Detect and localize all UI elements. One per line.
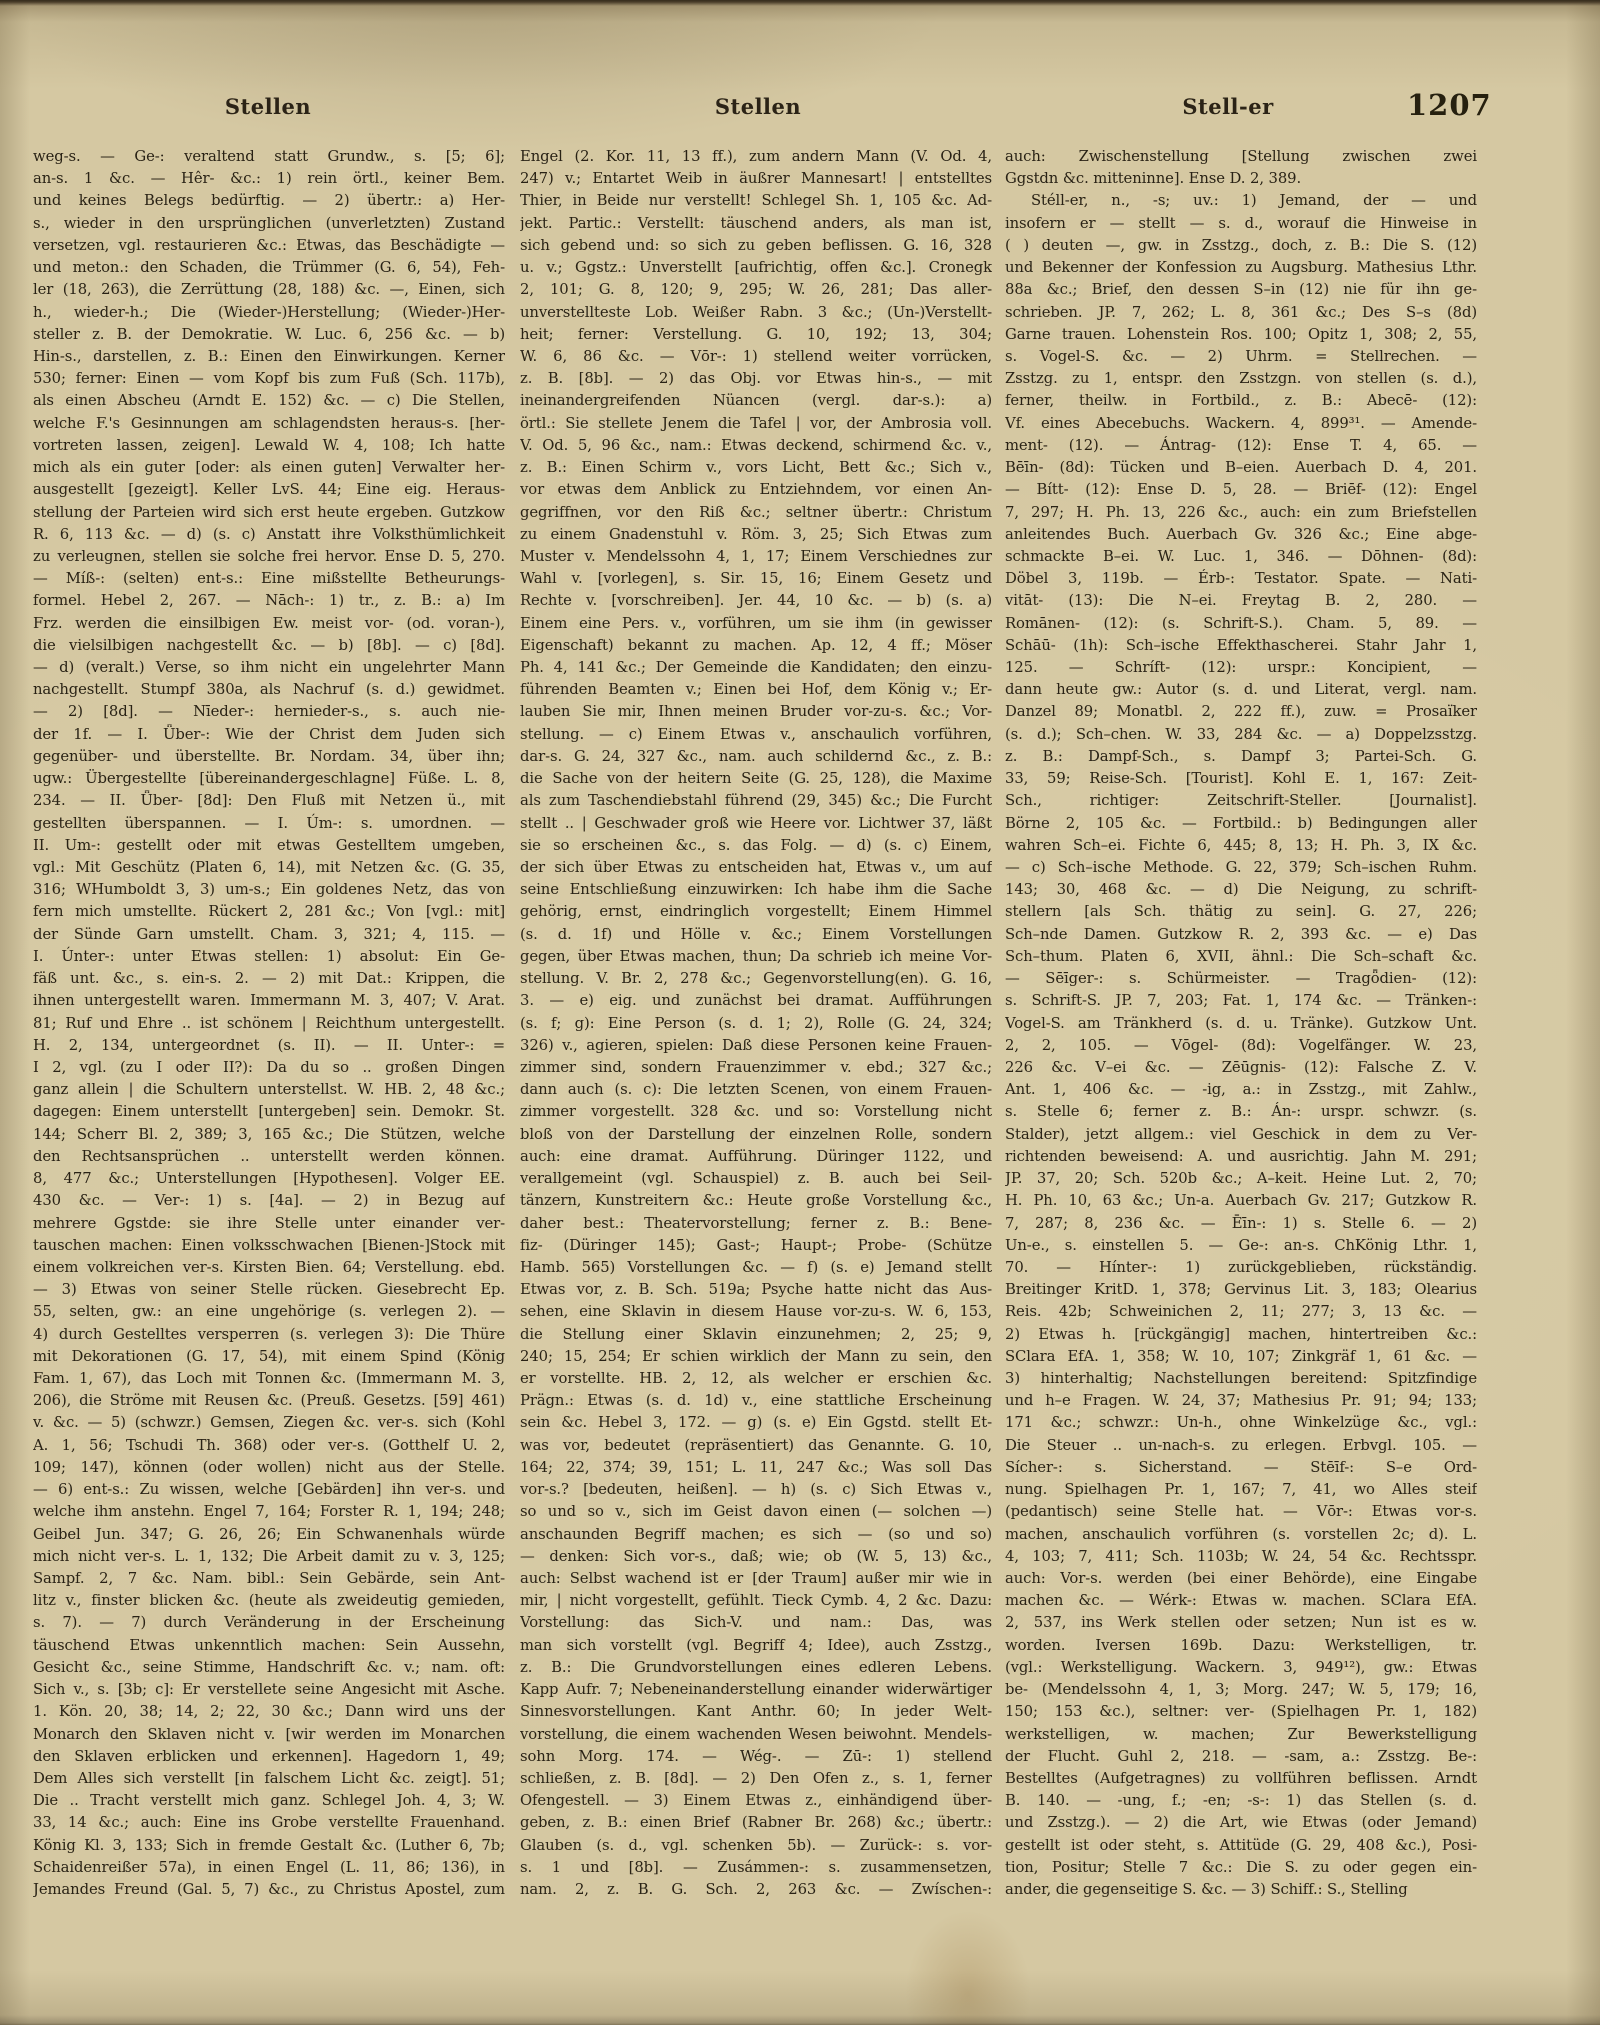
text-line: Geibel Jun. 347; G. 26, 26; Ein Schwanen… — [33, 1524, 505, 1546]
text-line: s. 7). — 7) durch Veränderung in der Ers… — [33, 1612, 505, 1634]
text-line: Un-e., s. einstellen 5. — Ge-: an-s. ChK… — [1005, 1235, 1477, 1257]
text-line: z. B.: Einen Schirm v., vors Licht, Bett… — [520, 457, 992, 479]
text-line: steller z. B. der Demokratie. W. Luc. 6,… — [33, 324, 505, 346]
text-line: örtl.: Sie stellete Jenem die Tafel | vo… — [520, 413, 992, 435]
text-line: stellung der Parteien wird sich erst heu… — [33, 502, 505, 524]
text-line: Börne 2, 105 &c. — Fortbild.: b) Bedingu… — [1005, 813, 1477, 835]
text-line: und h–e Fragen. W. 24, 37; Mathesius Pr.… — [1005, 1390, 1477, 1412]
text-line: man sich vorstellt (vgl. Begriff 4; Idee… — [520, 1635, 992, 1657]
dictionary-page: Stellen Stellen Stell-er 1207 weg-s. — G… — [0, 0, 1600, 2025]
text-line: — 6) ent-s.: Zu wissen, welche [Gebärden… — [33, 1479, 505, 1501]
text-line: tauschen machen: Einen volksschwachen [B… — [33, 1235, 505, 1257]
text-line: — c) Sch–ische Methode. G. 22, 379; Sch–… — [1005, 857, 1477, 879]
text-line: welche F.'s Gesinnungen am schlagendsten… — [33, 413, 505, 435]
text-line: Jemandes Freund (Gal. 5, 7) &c., zu Chri… — [33, 1879, 505, 1901]
text-line: vor etwas dem Anblick zu Entziehndem, vo… — [520, 479, 992, 501]
text-line: Engel (2. Kor. 11, 13 ff.), zum andern M… — [520, 146, 992, 168]
text-line: ausgestellt [gezeigt]. Keller LvS. 44; E… — [33, 479, 505, 501]
text-line: Vf. eines Abecebuchs. Wackern. 4, 899³¹.… — [1005, 413, 1477, 435]
text-line: dagegen: Einem unterstellt [untergeben] … — [33, 1101, 505, 1123]
text-line: Dem Alles sich verstellt [in falschem Li… — [33, 1768, 505, 1790]
text-line: Vogel-S. am Tränkherd (s. d. u. Tränke).… — [1005, 1013, 1477, 1035]
text-line: 2, 2, 105. — Vōgel- (8d): Vogelfänger. W… — [1005, 1035, 1477, 1057]
text-line: Glauben (s. d., vgl. schenken 5b). — Zur… — [520, 1835, 992, 1857]
text-line: geben, z. B.: einen Brief (Rabner Br. 26… — [520, 1812, 992, 1834]
text-line: fern mich umstellte. Rückert 2, 281 &c.;… — [33, 901, 505, 923]
text-line: Bestelltes (Aufgetragnes) zu vollführen … — [1005, 1768, 1477, 1790]
text-line: mit Dekorationen (G. 17, 54), mit einem … — [33, 1346, 505, 1368]
text-line: sie so erscheinen &c., s. das Folg. — d)… — [520, 835, 992, 857]
text-line: verallgemeint (vgl. Schauspiel) z. B. au… — [520, 1168, 992, 1190]
text-line: gestellten überspannen. — I. Úm-: s. umo… — [33, 813, 505, 835]
text-line: ugw.: Übergestellte [übereinandergeschla… — [33, 768, 505, 790]
text-line: nam. 2, z. B. G. Sch. 2, 263 &c. — Zwísc… — [520, 1879, 992, 1901]
text-line: ineinandergreifenden Nüancen (vergl. dar… — [520, 390, 992, 412]
text-line: Sch., richtiger: Zeitschrift-Steller. [J… — [1005, 790, 1477, 812]
text-line: 55, selten, gw.: an eine ungehörige (s. … — [33, 1301, 505, 1323]
text-line: werkstelligen, w. machen; Zur Bewerkstel… — [1005, 1724, 1477, 1746]
text-line: — 2) [8d]. — Nīeder-: hernieder-s., s. a… — [33, 701, 505, 723]
text-line: 206), die Ströme mit Reusen &c. (Preuß. … — [33, 1390, 505, 1412]
text-line: B. 140. — -ung, f.; -en; -s-: 1) das Ste… — [1005, 1790, 1477, 1812]
text-line: insofern er — stellt — s. d., worauf die… — [1005, 213, 1477, 235]
text-line: weg-s. — Ge-: veraltend statt Grundw., s… — [33, 146, 505, 168]
text-line: stellt .. | Geschwader groß wie Heere vo… — [520, 813, 992, 835]
text-line: 234. — II. Ǖber- [8d]: Den Fluß mit Netz… — [33, 790, 505, 812]
text-line: Romānen- (12): (s. Schrift-S.). Cham. 5,… — [1005, 613, 1477, 635]
text-line: Reis. 42b; Schweinichen 2, 11; 277; 3, 1… — [1005, 1301, 1477, 1323]
text-line: mehrere Ggstde: sie ihre Stelle unter ei… — [33, 1213, 505, 1235]
text-line: u. v.; Ggstz.: Unverstellt [aufrichtig, … — [520, 257, 992, 279]
text-line: gestellt ist oder steht, s. Attitüde (G.… — [1005, 1835, 1477, 1857]
text-line: machen &c. — Wérk-: Etwas w. machen. SCl… — [1005, 1590, 1477, 1612]
text-line: auch: Vor-s. werden (bei einer Behörde),… — [1005, 1568, 1477, 1590]
text-line: 88a &c.; Brief, den dessen S–in (12) nie… — [1005, 279, 1477, 301]
text-line: auch: eine dramat. Aufführung. Düringer … — [520, 1146, 992, 1168]
text-line: den Sklaven erblicken und erkennen]. Hag… — [33, 1746, 505, 1768]
text-line: 150; 153 &c.), seltner: ver- (Spielhagen… — [1005, 1701, 1477, 1723]
text-line: — d) (veralt.) Verse, so ihm nicht ein u… — [33, 657, 505, 679]
text-line: gegenüber- und überstellte. Br. Nordam. … — [33, 746, 505, 768]
text-line: Vorstellung: das Sich-V. und nam.: Das, … — [520, 1612, 992, 1634]
text-line: Breitinger KritD. 1, 378; Gervinus Lit. … — [1005, 1279, 1477, 1301]
text-line: Sch–nde Damen. Gutzkow R. 2, 393 &c. — e… — [1005, 924, 1477, 946]
text-line: 240; 15, 254; Er schien wirklich der Man… — [520, 1346, 992, 1368]
text-line: Gesicht &c., seine Stimme, Handschrift &… — [33, 1657, 505, 1679]
text-line: 81; Ruf und Ehre .. ist schönem | Reicht… — [33, 1013, 505, 1035]
text-line: — denken: Sich vor-s., daß; wie; ob (W. … — [520, 1546, 992, 1568]
text-line: 164; 22, 374; 39, 151; L. 11, 247 &c.; W… — [520, 1457, 992, 1479]
text-line: Danzel 89; Monatbl. 2, 222 ff.), zuw. = … — [1005, 701, 1477, 723]
text-line: die vielsilbigen nachgestellt &c. — b) [… — [33, 635, 505, 657]
text-line: schrieben. JP. 7, 262; L. 8, 361 &c.; De… — [1005, 302, 1477, 324]
text-line: bloß von der Darstellung der einzelnen R… — [520, 1124, 992, 1146]
text-line: einem volkreichen ver-s. Kirsten Bien. 6… — [33, 1257, 505, 1279]
text-line: machen, anschaulich vorführen (s. vorste… — [1005, 1524, 1477, 1546]
text-line: Kapp Aufr. 7; Nebeneinanderstellung eina… — [520, 1679, 992, 1701]
text-line: was vor, bedeutet (repräsentiert) das Ge… — [520, 1435, 992, 1457]
text-column-2: Engel (2. Kor. 11, 13 ff.), zum andern M… — [520, 146, 992, 1901]
text-line: Die Steuer .. un-nach-s. zu erlegen. Erb… — [1005, 1435, 1477, 1457]
text-line: z. B. [8b]. — 2) das Obj. vor Etwas hin-… — [520, 368, 992, 390]
text-line: 33, 14 &c.; auch: Eine ins Grobe verstel… — [33, 1812, 505, 1834]
text-line: SClara EfA. 1, 358; W. 10, 107; Zinkgräf… — [1005, 1346, 1477, 1368]
text-line: anschaunden Begriff machen; es sich — (s… — [520, 1524, 992, 1546]
text-line: wahren Sch–ei. Fichte 6, 445; 8, 13; H. … — [1005, 835, 1477, 857]
text-line: W. 6, 86 &c. — Vōr-: 1) stellend weiter … — [520, 346, 992, 368]
text-line: nung. Spielhagen Pr. 1, 167; 7, 41, wo A… — [1005, 1479, 1477, 1501]
text-line: V. Od. 5, 96 &c., nam.: Etwas deckend, s… — [520, 435, 992, 457]
text-line: Muster v. Mendelssohn 4, 1, 17; Einem Ve… — [520, 546, 992, 568]
text-line: Rechte v. [vorschreiben]. Jer. 44, 10 &c… — [520, 590, 992, 612]
text-line: formel. Hebel 2, 267. — Nāch-: 1) tr., z… — [33, 590, 505, 612]
text-line: Einem eine Pers. v., vorführen, um sie i… — [520, 613, 992, 635]
text-column-3: auch: Zwischenstellung [Stellung zwische… — [1005, 146, 1477, 1901]
text-line: zu einem Gnadenstuhl v. Röm. 3, 25; Sich… — [520, 524, 992, 546]
text-line: stellung. — c) Einem Etwas v., anschauli… — [520, 724, 992, 746]
text-line: Sampf. 2, 7 &c. Nam. bibl.: Sein Gebärde… — [33, 1568, 505, 1590]
text-line: dann heute gw.: Autor (s. d. und Literat… — [1005, 679, 1477, 701]
text-line: (s. f; g): Eine Person (s. d. 1; 2), Rol… — [520, 1013, 992, 1035]
text-line: 3. — e) eig. und zunächst bei dramat. Au… — [520, 990, 992, 1012]
text-line: 530; ferner: Einen — vom Kopf bis zum Fu… — [33, 368, 505, 390]
text-line: z. B.: Die Grundvorstellungen eines edle… — [520, 1657, 992, 1679]
text-line: als einen Abscheu (Arndt E. 152) &c. — c… — [33, 390, 505, 412]
text-line: er vorstellte. HB. 2, 12, als welcher er… — [520, 1368, 992, 1390]
text-line: (s. d.); Sch–chen. W. 33, 284 &c. — a) D… — [1005, 724, 1477, 746]
text-line: H. 2, 134, untergeordnet (s. II). — II. … — [33, 1035, 505, 1057]
text-line: Bēīn- (8d): Tücken und B–eien. Auerbach … — [1005, 457, 1477, 479]
text-line: dann auch (s. c): Die letzten Scenen, vo… — [520, 1079, 992, 1101]
text-line: 2) Etwas h. [rückgängig] machen, hintert… — [1005, 1324, 1477, 1346]
text-line: 33, 59; Reise-Sch. [Tourist]. Kohl E. 1,… — [1005, 768, 1477, 790]
text-line: stellern [als Sch. thätig zu sein]. G. 2… — [1005, 901, 1477, 923]
text-line: daher best.: Theatervorstellung; ferner … — [520, 1213, 992, 1235]
text-line: tion, Positur; Stelle 7 &c.: Die S. zu o… — [1005, 1857, 1477, 1879]
running-head-center: Stellen — [715, 94, 801, 119]
text-line: Zsstzg. zu 1, entspr. den Zsstzgn. von s… — [1005, 368, 1477, 390]
text-line: und keines Belegs bedürftig. — 2) übertr… — [33, 190, 505, 212]
text-line: 4) durch Gestelltes versperren (s. verle… — [33, 1324, 505, 1346]
text-line: — Bítt- (12): Ense D. 5, 28. — Briēf- (1… — [1005, 479, 1477, 501]
text-line: sich gebend und: so sich zu geben beflis… — [520, 235, 992, 257]
text-line: ( ) deuten —, gw. in Zsstzg., doch, z. B… — [1005, 235, 1477, 257]
text-line: 109; 147), können (oder wollen) nicht au… — [33, 1457, 505, 1479]
text-line: Ggstdn &c. mitteninne]. Ense D. 2, 389. — [1005, 168, 1477, 190]
text-line: fiz- (Düringer 145); Gast-; Haupt-; Prob… — [520, 1235, 992, 1257]
text-line: nachgestellt. Stumpf 380a, als Nachruf (… — [33, 679, 505, 701]
text-line: sehen, eine Sklavin in diesem Hause vor-… — [520, 1301, 992, 1323]
text-line: worden. Iversen 169b. Dazu: Werkstellige… — [1005, 1635, 1477, 1657]
text-line: — 3) Etwas von seiner Stelle rücken. Gie… — [33, 1279, 505, 1301]
text-line: und meton.: den Schaden, die Trümmer (G.… — [33, 257, 505, 279]
text-line: s. 1 und [8b]. — Zusámmen-: s. zusammens… — [520, 1857, 992, 1879]
text-line: mir, | nicht vorgestellt, gefühlt. Tieck… — [520, 1590, 992, 1612]
text-line: 171 &c.; schwzr.: Un-h., ohne Winkelzüge… — [1005, 1412, 1477, 1434]
text-line: jekt. Partic.: Verstellt: täuschend ande… — [520, 213, 992, 235]
text-line: 226 &c. V–ei &c. — Zēūgnis- (12): Falsch… — [1005, 1057, 1477, 1079]
text-line: der 1f. — I. Ǖber-: Wie der Christ dem J… — [33, 724, 505, 746]
text-line: König Kl. 3, 133; Sich in fremde Gestalt… — [33, 1835, 505, 1857]
text-line: Sich v., s. [3b; c]: Er verstellete sein… — [33, 1679, 505, 1701]
text-line: welche ihm anstehn. Engel 7, 164; Forste… — [33, 1501, 505, 1523]
text-line: den Rechtsansprüchen .. unterstellt werd… — [33, 1146, 505, 1168]
text-line: zu verleugnen, stellen sie solche frei h… — [33, 546, 505, 568]
text-line: 7, 287; 8, 236 &c. — Ēīn-: 1) s. Stelle … — [1005, 1213, 1477, 1235]
text-line: Die .. Tracht verstellt mich ganz. Schle… — [33, 1790, 505, 1812]
text-line: be- (Mendelssohn 4, 1, 3; Morg. 247; W. … — [1005, 1679, 1477, 1701]
text-line: anleitendes Buch. Auerbach Gv. 326 &c.; … — [1005, 524, 1477, 546]
text-line: mich nicht ver-s. L. 1, 132; Die Arbeit … — [33, 1546, 505, 1568]
text-line: die Sache von der heitern Seite (G. 25, … — [520, 768, 992, 790]
text-line: Thier, in Beide nur verstellt! Schlegel … — [520, 190, 992, 212]
text-line: 125. — Schríft- (12): urspr.: Koncipient… — [1005, 657, 1477, 679]
text-line: lauben Sie mir, Ihnen meinen Bruder vor-… — [520, 701, 992, 723]
text-line: s. Vogel-S. &c. — 2) Uhrm. = Stellrechen… — [1005, 346, 1477, 368]
text-line: Sinnesvorstellungen. Kant Anthr. 60; In … — [520, 1701, 992, 1723]
text-line: I. Únter-: unter Etwas stellen: 1) absol… — [33, 946, 505, 968]
text-line: I 2, vgl. (zu I oder II?): Da du so .. g… — [33, 1057, 505, 1079]
text-line: ihnen untergestellt waren. Immermann M. … — [33, 990, 505, 1012]
text-line: der Sünde Garn umstellt. Cham. 3, 321; 4… — [33, 924, 505, 946]
text-line: R. 6, 113 &c. — d) (s. c) Anstatt ihre V… — [33, 524, 505, 546]
text-line: so und so v., sich im Geist davon einen … — [520, 1501, 992, 1523]
text-line: 2, 101; G. 8, 120; 9, 295; W. 26, 281; D… — [520, 279, 992, 301]
text-line: Wahl v. [vorlegen], s. Sir. 15, 16; Eine… — [520, 568, 992, 590]
text-line: auch: Selbst wachend ist er [der Traum] … — [520, 1568, 992, 1590]
text-line: H. Ph. 10, 63 &c.; Un-a. Auerbach Gv. 21… — [1005, 1190, 1477, 1212]
text-line: v. &c. — 5) (schwzr.) Gemsen, Ziegen &c.… — [33, 1412, 505, 1434]
text-line: s., wieder in den ursprünglichen (unverl… — [33, 213, 505, 235]
text-line: Schaidenreißer 57a), in einen Engel (L. … — [33, 1857, 505, 1879]
text-line: 316; WHumboldt 3, 3) um-s.; Ein goldenes… — [33, 879, 505, 901]
text-line: gehörig, ernst, eindringlich vorgestellt… — [520, 901, 992, 923]
text-line: vgl.: Mit Geschütz (Platen 6, 14), mit N… — [33, 857, 505, 879]
text-line: vortreten lassen, zeigen]. Lewald W. 4, … — [33, 435, 505, 457]
text-line: A. 1, 56; Tschudi Th. 368) oder ver-s. (… — [33, 1435, 505, 1457]
text-line: seine Entschließung einzuwirken: Ich hab… — [520, 879, 992, 901]
text-line: auch: Zwischenstellung [Stellung zwische… — [1005, 146, 1477, 168]
text-line: Monarch den Sklaven nicht v. [wir werden… — [33, 1724, 505, 1746]
text-line: 3) hinterhaltig; Nachstellungen bereiten… — [1005, 1368, 1477, 1390]
text-line: 430 &c. — Ver-: 1) s. [4a]. — 2) in Bezu… — [33, 1190, 505, 1212]
text-line: schmackte B–ei. W. Luc. 1, 346. — Dōhnen… — [1005, 546, 1477, 568]
text-line: Sícher-: s. Sicherstand. — Stēīf-: S–e O… — [1005, 1457, 1477, 1479]
text-line: Stalder), jetzt allgem.: viel Geschick i… — [1005, 1124, 1477, 1146]
text-line: 8, 477 &c.; Unterstellungen [Hypothesen]… — [33, 1168, 505, 1190]
text-line: mich als ein guter [oder: als einen gute… — [33, 457, 505, 479]
text-line: tänzern, Kunstreitern &c.: Heute große V… — [520, 1190, 992, 1212]
text-line: schließen, z. B. [8d]. — 2) Den Ofen z.,… — [520, 1768, 992, 1790]
text-line: Garne trauen. Lohenstein Ros. 100; Opitz… — [1005, 324, 1477, 346]
text-line: Hamb. 565) Vorstellungen &c. — f) (s. e)… — [520, 1257, 992, 1279]
running-head-left: Stellen — [225, 94, 311, 119]
text-line: h., wieder-h.; Die (Wieder-)Herstellung;… — [33, 302, 505, 324]
text-line: ment- (12). — Ántrag- (12): Ense T. 4, 6… — [1005, 435, 1477, 457]
text-line: unverstellteste Lob. Weißer Rabn. 3 &c.;… — [520, 302, 992, 324]
text-line: Frz. werden die einsilbigen Ew. meist vo… — [33, 613, 505, 635]
text-line: Fam. 1, 67), das Loch mit Tonnen &c. (Im… — [33, 1368, 505, 1390]
text-line: — Míß-: (selten) ent-s.: Eine mißstellte… — [33, 568, 505, 590]
text-line: 143; 30, 468 &c. — d) Die Neigung, zu sc… — [1005, 879, 1477, 901]
text-line: Schāū- (1h): Sch–ische Effekthascherei. … — [1005, 635, 1477, 657]
text-line: heit; ferner: Verstellung. G. 10, 192; 1… — [520, 324, 992, 346]
text-line: Hin-s., darstellen, z. B.: Einen den Ein… — [33, 346, 505, 368]
text-line: s. Stelle 6; ferner z. B.: Án-: urspr. s… — [1005, 1101, 1477, 1123]
text-line: II. Um-: gestellt oder mit etwas Gestell… — [33, 835, 505, 857]
text-line: litz v., finster blicken &c. (heute als … — [33, 1590, 505, 1612]
text-line: versetzen, vgl. restaurieren &c.: Etwas,… — [33, 235, 505, 257]
text-line: führenden Beamten v.; Einen bei Hof, dem… — [520, 679, 992, 701]
text-line: 326) v., agieren, spielen: Daß diese Per… — [520, 1035, 992, 1057]
text-line: fäß unt. &c., s. ein-s. 2. — 2) mit Dat.… — [33, 968, 505, 990]
text-line: Ant. 1, 406 &c. — -ig, a.: in Zsstzg., m… — [1005, 1079, 1477, 1101]
text-line: gegriffnen, vor den Riß &c.; seltner übe… — [520, 502, 992, 524]
text-line: Ph. 4, 141 &c.; Der Gemeinde die Kandida… — [520, 657, 992, 679]
text-line: (s. d. 1f) und Hölle v. &c.; Einem Vorst… — [520, 924, 992, 946]
text-line: sohn Morg. 174. — Wég-. — Zū-: 1) stelle… — [520, 1746, 992, 1768]
text-line: 7, 297; H. Ph. 13, 226 &c., auch: ein zu… — [1005, 502, 1477, 524]
text-line: — Sēīger-: s. Schürmeister. — Tragȫdien-… — [1005, 968, 1477, 990]
text-line: Prägn.: Etwas (s. d. 1d) v., eine stattl… — [520, 1390, 992, 1412]
text-line: 2, 537, ins Werk stellen oder setzen; Nu… — [1005, 1612, 1477, 1634]
text-line: 144; Scherr Bl. 2, 389; 3, 165 &c.; Die … — [33, 1124, 505, 1146]
text-line: JP. 37, 20; Sch. 520b &c.; A–keit. Heine… — [1005, 1168, 1477, 1190]
text-line: als zum Taschendiebstahl führend (29, 34… — [520, 790, 992, 812]
text-line: der sich über Etwas zu entscheiden hat, … — [520, 857, 992, 879]
text-line: ler (18, 263), die Zerrüttung (28, 188) … — [33, 279, 505, 301]
text-line: Sch–thum. Platen 6, XVII, ähnl.: Die Sch… — [1005, 946, 1477, 968]
text-line: ganz allein | die Schultern unterstellst… — [33, 1079, 505, 1101]
text-line: zimmer vorgestellt. 328 &c. und so: Vors… — [520, 1101, 992, 1123]
text-line: Ofengestell. — 3) Einem Etwas z., einhän… — [520, 1790, 992, 1812]
text-line: Döbel 3, 119b. — Érb-: Testator. Spate. … — [1005, 568, 1477, 590]
text-line: 1. Kön. 20, 38; 14, 2; 22, 30 &c.; Dann … — [33, 1701, 505, 1723]
text-line: vor-s.? [bedeuten, heißen]. — h) (s. c) … — [520, 1479, 992, 1501]
page-number: 1207 — [1407, 88, 1487, 122]
text-line: (pedantisch) seine Stelle hat. — Vōr-: E… — [1005, 1501, 1477, 1523]
text-line: 4, 103; 7, 411; Sch. 1103b; W. 24, 54 &c… — [1005, 1546, 1477, 1568]
text-line: Stéll-er, n., -s; uv.: 1) Jemand, der — … — [1005, 190, 1477, 212]
text-line: stellung. V. Br. 2, 278 &c.; Gegenvorste… — [520, 968, 992, 990]
text-column-1: weg-s. — Ge-: veraltend statt Grundw., s… — [33, 146, 505, 1901]
text-line: sein &c. Hebel 3, 172. — g) (s. e) Ein G… — [520, 1412, 992, 1434]
text-line: zimmer sind, sondern Frauenzimmer v. ebd… — [520, 1057, 992, 1079]
text-line: an-s. 1 &c. — Hêr- &c.: 1) rein örtl., k… — [33, 168, 505, 190]
text-line: Etwas vor, z. B. Sch. 519a; Psyche hatte… — [520, 1279, 992, 1301]
text-line: gegen, über Etwas machen, thun; Da schri… — [520, 946, 992, 968]
running-head-right: Stell-er — [1182, 94, 1273, 119]
text-line: s. Schrift-S. JP. 7, 203; Fat. 1, 174 &c… — [1005, 990, 1477, 1012]
text-line: richtenden beweisend: A. und ausrichtig.… — [1005, 1146, 1477, 1168]
text-line: z. B.: Dampf-Sch., s. Dampf 3; Partei-Sc… — [1005, 746, 1477, 768]
text-line: vorstellung, die einem wachenden Wesen b… — [520, 1724, 992, 1746]
text-line: ander, die gegenseitige S. &c. — 3) Schi… — [1005, 1879, 1477, 1901]
text-line: der Flucht. Guhl 2, 218. — -sam, a.: Zss… — [1005, 1746, 1477, 1768]
text-line: 70. — Hínter-: 1) zurückgeblieben, rücks… — [1005, 1257, 1477, 1279]
text-line: dar-s. G. 24, 327 &c., nam. auch schilde… — [520, 746, 992, 768]
text-line: die Stellung einer Sklavin einzunehmen; … — [520, 1324, 992, 1346]
text-line: 247) v.; Entartet Weib in äußrer Mannesa… — [520, 168, 992, 190]
text-line: ferner, theilw. in Fortbild., z. B.: Abe… — [1005, 390, 1477, 412]
text-line: Eigenschaft) bekannt zu machen. Ap. 12, … — [520, 635, 992, 657]
text-line: und Bekenner der Konfession zu Augsburg.… — [1005, 257, 1477, 279]
text-line: täuschend Etwas unkenntlich machen: Sein… — [33, 1635, 505, 1657]
text-line: vitāt- (13): Die N–ei. Freytag B. 2, 280… — [1005, 590, 1477, 612]
text-line: und Zsstzg.). — 2) die Art, wie Etwas (o… — [1005, 1812, 1477, 1834]
text-line: (vgl.: Werkstelligung. Wackern. 3, 949¹²… — [1005, 1657, 1477, 1679]
